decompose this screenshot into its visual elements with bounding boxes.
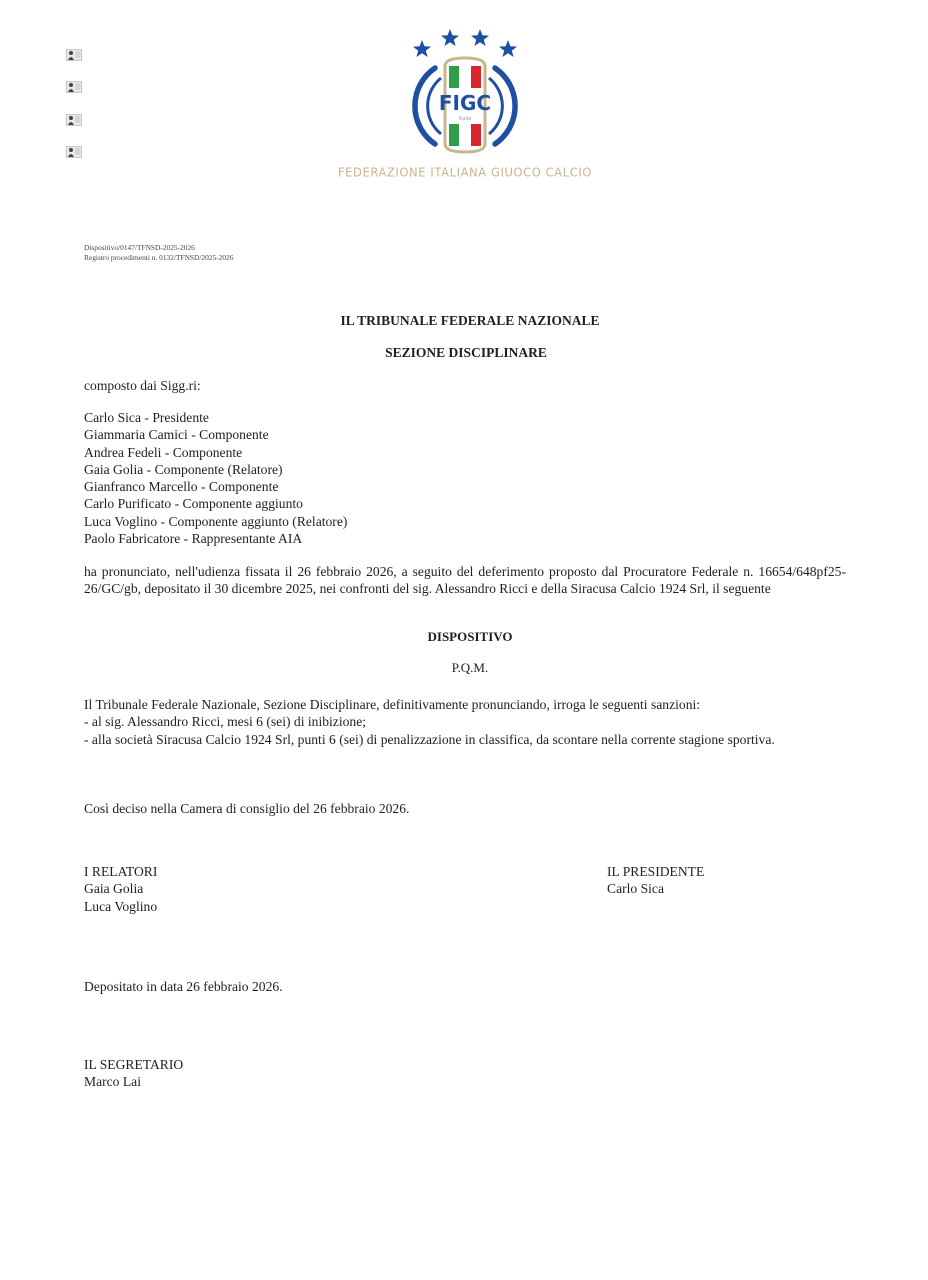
sanctions-block: Il Tribunale Federale Nazionale, Sezione… — [84, 696, 775, 748]
federation-name: FEDERAZIONE ITALIANA GIUOCO CALCIO — [330, 164, 600, 179]
document-page: FIGC Italia FEDERAZIONE ITALIANA GIUOCO … — [0, 0, 928, 1280]
relatori-signature: I RELATORI Gaia Golia Luca Voglino — [84, 863, 157, 915]
broken-image-icon — [66, 81, 82, 93]
member-item: Andrea Fedeli - Componente — [84, 444, 347, 461]
pronouncement-paragraph: ha pronunciato, nell'udienza fissata il … — [84, 563, 846, 598]
member-item: Carlo Purificato - Componente aggiunto — [84, 495, 347, 512]
segretario-signature: IL SEGRETARIO Marco Lai — [84, 1056, 183, 1091]
relatore-name: Gaia Golia — [84, 880, 157, 897]
protocol-numbers: Dispositivo/0147/TFNSD-2025-2026 Registr… — [84, 243, 233, 263]
sanction-item: - al sig. Alessandro Ricci, mesi 6 (sei)… — [84, 713, 775, 730]
members-list: Carlo Sica - Presidente Giammaria Camici… — [84, 409, 347, 547]
svg-text:Italia: Italia — [459, 116, 471, 122]
member-item: Gianfranco Marcello - Componente — [84, 478, 347, 495]
document-subtitle: SEZIONE DISCIPLINARE — [2, 345, 928, 361]
pqm-label: P.Q.M. — [0, 660, 928, 676]
presidente-label: IL PRESIDENTE — [607, 863, 704, 880]
member-item: Gaia Golia - Componente (Relatore) — [84, 461, 347, 478]
composto-label: composto dai Sigg.ri: — [84, 377, 201, 394]
member-item: Paolo Fabricatore - Rappresentante AIA — [84, 530, 347, 547]
broken-image-icon — [66, 49, 82, 61]
decision-statement: Così deciso nella Camera di consiglio de… — [84, 800, 409, 817]
member-item: Carlo Sica - Presidente — [84, 409, 347, 426]
deposit-date: Depositato in data 26 febbraio 2026. — [84, 978, 283, 995]
segretario-label: IL SEGRETARIO — [84, 1056, 183, 1073]
member-item: Luca Voglino - Componente aggiunto (Rela… — [84, 513, 347, 530]
dispositivo-number: Dispositivo/0147/TFNSD-2025-2026 — [84, 243, 233, 253]
sanction-item: - alla società Siracusa Calcio 1924 Srl,… — [84, 731, 775, 748]
star-icon — [413, 29, 517, 57]
broken-image-icon — [66, 114, 82, 126]
sanctions-intro: Il Tribunale Federale Nazionale, Sezione… — [84, 696, 775, 713]
relatori-label: I RELATORI — [84, 863, 157, 880]
registro-number: Registro procedimenti n. 0132/TFNSD/2025… — [84, 253, 233, 263]
member-item: Giammaria Camici - Componente — [84, 426, 347, 443]
figc-logo: FIGC Italia — [405, 26, 525, 161]
presidente-name: Carlo Sica — [607, 880, 704, 897]
broken-image-icon — [66, 146, 82, 158]
document-title: IL TRIBUNALE FEDERALE NAZIONALE — [6, 313, 928, 329]
svg-text:FIGC: FIGC — [439, 91, 491, 115]
dispositivo-heading: DISPOSITIVO — [0, 629, 928, 645]
presidente-signature: IL PRESIDENTE Carlo Sica — [607, 863, 704, 898]
segretario-name: Marco Lai — [84, 1073, 183, 1090]
relatore-name: Luca Voglino — [84, 898, 157, 915]
